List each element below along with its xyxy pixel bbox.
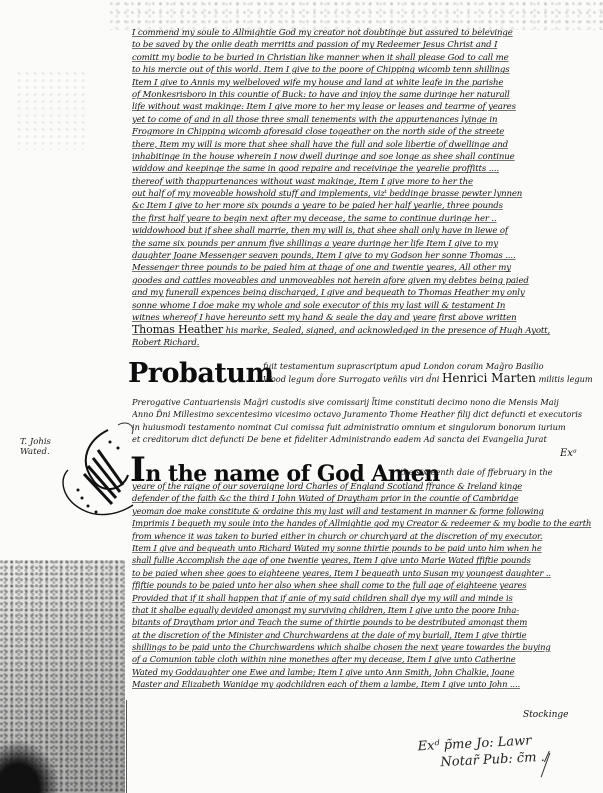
probate-line-part: Wood legum d̃ore Surrogato veñlis viri … xyxy=(263,374,439,384)
will-line: of Monkesrisboro in this countie of Buck… xyxy=(132,89,595,101)
will-line: Item I give and bequeath unto Richard Wa… xyxy=(132,542,595,554)
probate-line: Prerogative Cantuariensis Mag̃ri custodi… xyxy=(132,396,595,408)
probate-line: Wood legum d̃ore Surrogato veñlis viri … xyxy=(128,372,595,384)
will-line: yeare of the raigne of our soveraigne lo… xyxy=(132,480,595,492)
will-line: the first half yeare to begin next after… xyxy=(132,213,595,225)
will-line: defender of the faith &c the third I Joh… xyxy=(132,492,595,504)
testator-signature: Thomas Heather xyxy=(132,323,223,336)
probate-text-continued: Prerogative Cantuariensis Mag̃ri custodi… xyxy=(132,396,595,446)
will-line: Frogmore in Chipping wicomb aforesaid cl… xyxy=(132,126,595,138)
will-line: of a Comunion table cloth within nine mo… xyxy=(132,653,595,665)
will-line: thereof with thappurtenances without was… xyxy=(132,176,595,188)
will-line: from whence it was taken to buried eithe… xyxy=(132,530,595,542)
will-line: daughter Joane Messenger seaven pounds, … xyxy=(132,250,595,262)
registrar-signature: Exᵈ p̃me Jo: Lawr Notar̃ Pub: c̃m ./ xyxy=(417,732,549,773)
will-line: goodes and cattles moveables and unmovea… xyxy=(132,275,595,287)
will-line: Item I give to Annis my welbeloved wife … xyxy=(132,77,595,89)
will-line: widdow and keepinge the same in good rep… xyxy=(132,163,595,175)
margin-rule xyxy=(126,700,127,793)
signature-line: Thomas Heather his marke, Sealed, signed… xyxy=(132,324,595,336)
will-line: sonne whome I doe make my whole and sole… xyxy=(132,300,595,312)
will-line: inhabitinge in the house wherein I now d… xyxy=(132,151,595,163)
will-line: to his mercie out of this world. Item I … xyxy=(132,64,595,76)
surrogate-name: Henrici Marten xyxy=(442,371,536,384)
will-line: Master and Elizabeth Wanidge my godchild… xyxy=(132,678,595,690)
will-line: Imprimis I bequeth my soule into the han… xyxy=(132,517,595,529)
will-line: to be saved by the onlie death merritts … xyxy=(132,39,595,51)
probate-line: et creditorum dict defuncti De bene et f… xyxy=(132,433,595,445)
probate-text-top: fuit testamentum suprascriptum apud Lond… xyxy=(128,360,595,385)
will-line: shall fullie Accomplish the age of one t… xyxy=(132,554,595,566)
will-line: at the discretion of the Minister and Ch… xyxy=(132,629,595,641)
catchword: Stockinge xyxy=(523,710,568,720)
will-line: yeoman doe make constitute & ordaine thi… xyxy=(132,505,595,517)
will-line: yet to come of and in all those three sm… xyxy=(132,114,595,126)
will-line: Provided that if it shall happen that if… xyxy=(132,592,595,604)
scan-noise-left-top xyxy=(15,70,85,150)
will-line: and my funerall expences being discharge… xyxy=(132,287,595,299)
probate-line-part: militis legum etiam d̃oris Curie xyxy=(539,374,595,384)
will-line: I commend my soule to Allmightie God my … xyxy=(132,27,595,39)
scan-noise-top xyxy=(110,0,603,30)
witness-name: Robert Richard. xyxy=(132,337,595,349)
will-line: &c Item I give to her more six pounds a … xyxy=(132,200,595,212)
will-line: Wated my Goddaughter one Ewe and lambe; … xyxy=(132,666,595,678)
will-line: that it shalbe equally devided amongst m… xyxy=(132,604,595,616)
calligraphic-flourish-icon xyxy=(48,420,138,525)
probate-line: Anno D̃ni Millesimo sexcentesimo vicesim… xyxy=(132,408,595,420)
will-line: comitt my bodie to be buried in Christia… xyxy=(132,52,595,64)
will-line: bitants of Draytham prior and Teach the … xyxy=(132,616,595,628)
will-line: the same six pounds per annum five shill… xyxy=(132,238,595,250)
will-line: life without wast makinge: Item I give m… xyxy=(132,101,595,113)
will-line: Messenger three pounds to be paied him a… xyxy=(132,262,595,274)
probate-line: in huiusmodi testamento nominat Cui comi… xyxy=(132,421,595,433)
heading-continuation: the sixteenth daie of ffebruary in the xyxy=(400,467,595,477)
will-line: ffiftie pounds to be paied unto her also… xyxy=(132,579,595,591)
signature-attestation: his marke, Sealed, signed, and acknowled… xyxy=(226,326,550,336)
examined-mark: Exᵃ xyxy=(560,448,577,459)
will-line: shillings to be paid unto the Churchward… xyxy=(132,641,595,653)
will-line: there, Item my will is more that shee sh… xyxy=(132,139,595,151)
will-line: to be paied when shee goes to eighteene … xyxy=(132,567,595,579)
will-line: out half of my moveable howshold stuff a… xyxy=(132,188,595,200)
manuscript-page: I commend my soule to Allmightie God my … xyxy=(0,0,603,793)
scan-dark-corner xyxy=(0,740,60,793)
will-john-wated: yeare of the raigne of our soveraigne lo… xyxy=(132,480,595,691)
will-thomas-heather: I commend my soule to Allmightie God my … xyxy=(132,27,595,349)
will-line: widdowhood but if shee shall marrie, the… xyxy=(132,225,595,237)
